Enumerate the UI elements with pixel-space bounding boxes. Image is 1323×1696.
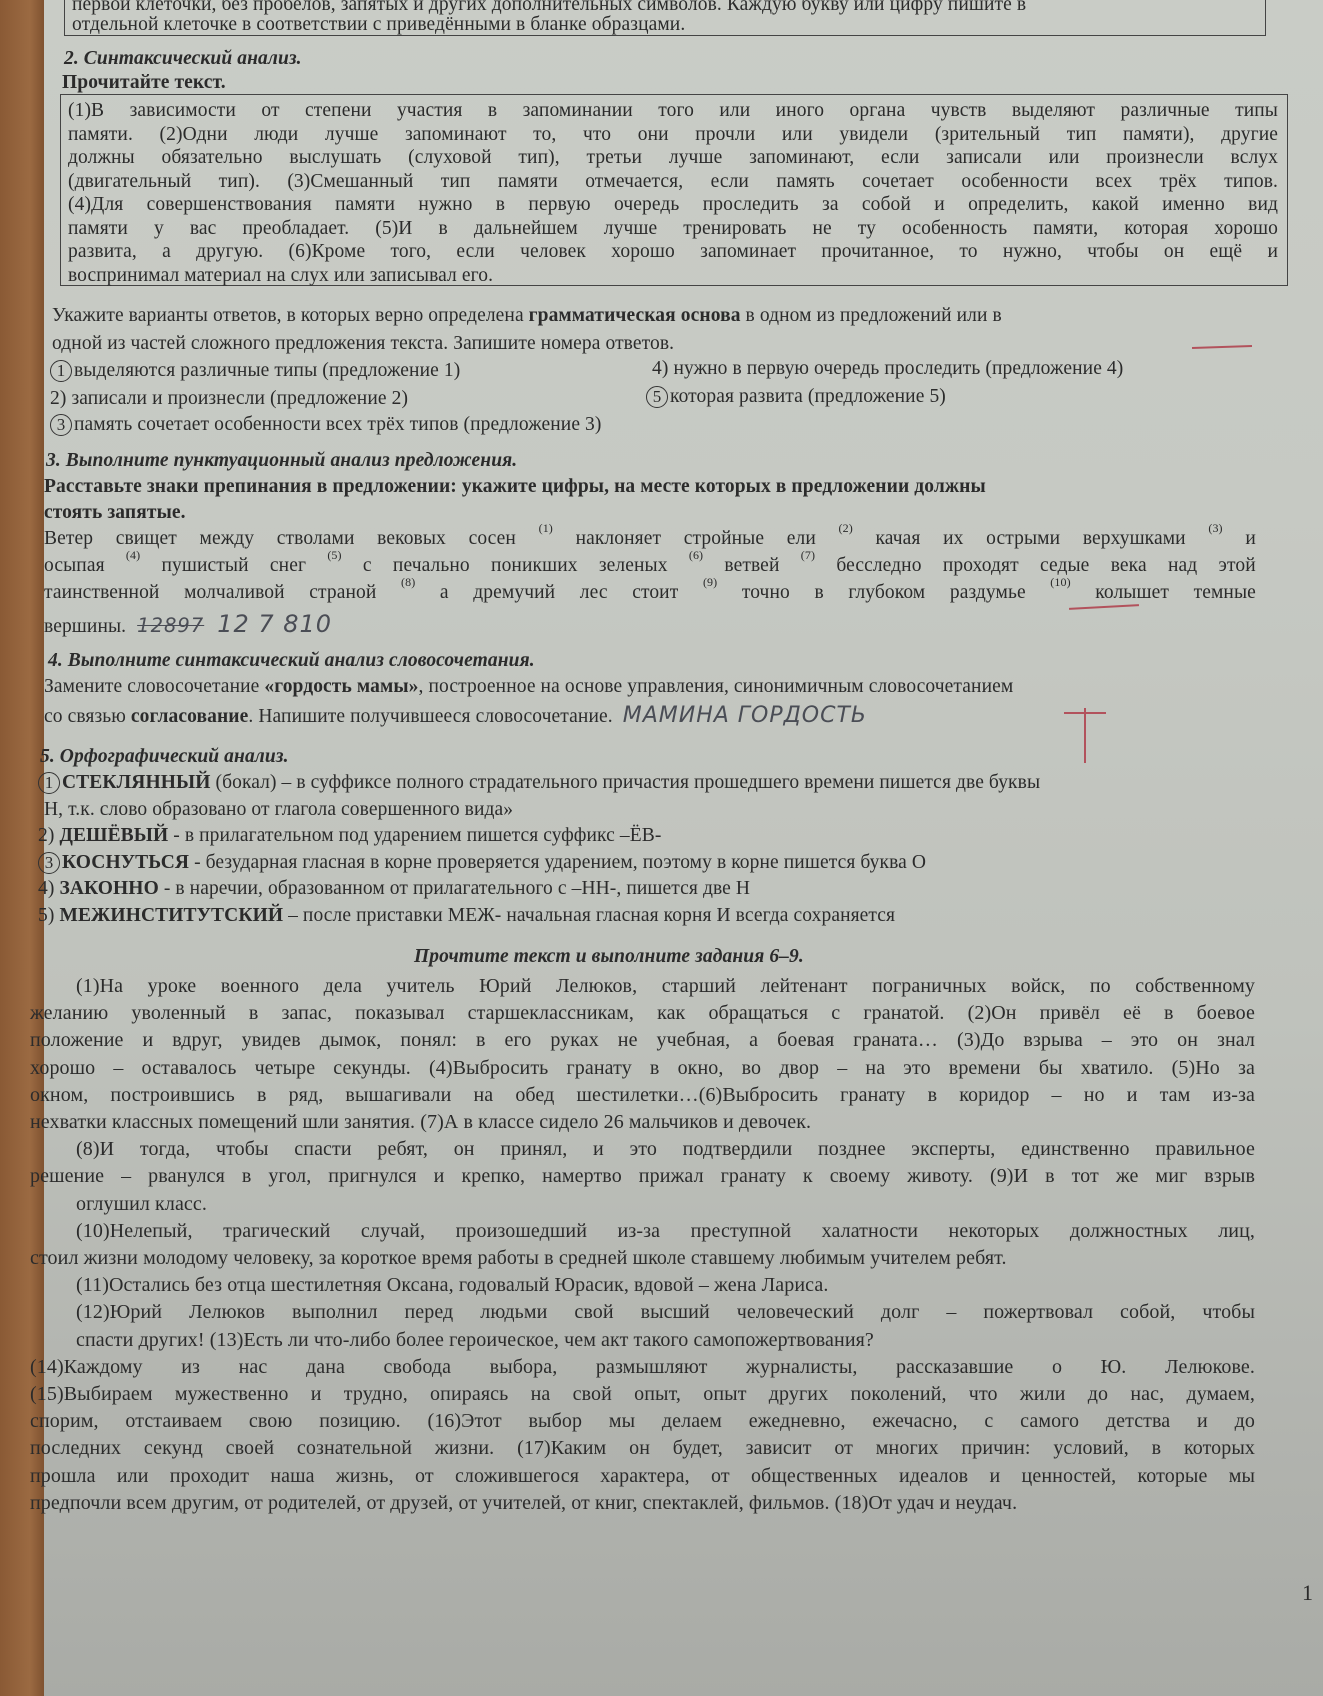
spelling-option: 5) МЕЖИНСТИТУТСКИЙ – после приставки МЕЖ… bbox=[38, 905, 895, 927]
option-explanation: - в прилагательном под ударением пишется… bbox=[168, 825, 661, 846]
task2-title: 2. Синтаксический анализ. bbox=[64, 48, 302, 70]
red-underline bbox=[1069, 604, 1139, 610]
task2-question: Укажите варианты ответов, в которых верн… bbox=[52, 305, 1002, 327]
sentence-word: века bbox=[1111, 555, 1147, 577]
task2-text-line: (4)Для совершенствования памяти нужно в … bbox=[68, 194, 1278, 216]
option-explanation: (бокал) – в суффиксе полного страдательн… bbox=[211, 772, 1041, 793]
reading-line: (10)Нелепый, трагический случай, произош… bbox=[76, 1220, 1255, 1243]
sentence-line: таинственноймолчаливойстраной(8)адремучи… bbox=[44, 582, 1256, 604]
comma-slot-number: (6) bbox=[689, 555, 703, 577]
task3-instruction-2: стоять запятые. bbox=[44, 502, 186, 524]
question-bold: грамматическая основа bbox=[529, 305, 741, 326]
page-number: 1 bbox=[1302, 1580, 1313, 1606]
sentence-word: зеленых bbox=[599, 555, 668, 577]
task4-instruction-2: со связью согласование. Напишите получив… bbox=[44, 703, 867, 728]
task5-title: 5. Орфографический анализ. bbox=[40, 746, 289, 768]
comma-slot-number: (3) bbox=[1208, 528, 1222, 550]
sentence-word: темные bbox=[1194, 582, 1256, 604]
reading-line: хорошо – оставалось четыре секунды. (4)В… bbox=[30, 1057, 1255, 1080]
reading-line: спорим, отстаиваем свою позицию. (16)Это… bbox=[30, 1410, 1255, 1433]
sentence-word: седые bbox=[1040, 555, 1089, 577]
bold-phrase: «гордость мамы» bbox=[264, 676, 418, 697]
comma-slot-number: (5) bbox=[327, 555, 341, 577]
task3-instruction: Расставьте знаки препинания в предложени… bbox=[44, 476, 986, 498]
text: со связью bbox=[44, 706, 131, 727]
task2-text-line: развита, а другую. (6)Кроме того, если ч… bbox=[68, 241, 1278, 263]
reading-line: (11)Остались без отца шестилетняя Оксана… bbox=[76, 1274, 828, 1297]
text: , построенное на основе управления, сино… bbox=[419, 676, 1014, 697]
circled-number: 1 bbox=[38, 772, 60, 794]
reading-line: спасти других! (13)Есть ли что-либо боле… bbox=[76, 1329, 874, 1352]
reading-line: предпочли всем другим, от родителей, от … bbox=[30, 1492, 1017, 1515]
sentence-word: а bbox=[440, 582, 449, 604]
comma-slot-number: (4) bbox=[126, 555, 140, 577]
sentence-word: верхушками bbox=[1083, 528, 1186, 550]
sentence-word: ветвей bbox=[724, 555, 779, 577]
sentence-word: лес bbox=[580, 582, 608, 604]
sentence-word: стоит bbox=[632, 582, 678, 604]
task2-text-line: (двигательный тип). (3)Смешанный тип пам… bbox=[68, 171, 1278, 193]
circled-number: 5 bbox=[646, 386, 668, 408]
option-explanation: – после приставки МЕЖ- начальная гласная… bbox=[283, 905, 895, 926]
task3-title: 3. Выполните пунктуационный анализ предл… bbox=[46, 450, 517, 472]
spelling-option: 2) ДЕШЁВЫЙ - в прилагательном под ударен… bbox=[38, 825, 661, 847]
spelling-option: 1СТЕКЛЯННЫЙ (бокал) – в суффиксе полного… bbox=[38, 772, 1040, 794]
option-number: 4 bbox=[38, 878, 48, 899]
task2-text-line: (1)В зависимости от степени участия в за… bbox=[68, 100, 1278, 122]
option-number: 4 bbox=[652, 358, 662, 379]
sentence-word: вековых bbox=[377, 528, 446, 550]
sentence-word: страной bbox=[309, 582, 376, 604]
sentence-word: ели bbox=[787, 528, 816, 550]
comma-slot-number: (1) bbox=[539, 528, 553, 550]
task4-title: 4. Выполните синтаксический анализ слово… bbox=[48, 650, 535, 672]
handwritten-answer: МАМИНА ГОРДОСТЬ bbox=[623, 703, 867, 728]
option-1: 1выделяются различные типы (предложение … bbox=[50, 360, 460, 382]
sentence-word: и bbox=[1245, 528, 1256, 550]
sentence-word: их bbox=[943, 528, 963, 550]
circled-number: 1 bbox=[50, 360, 72, 382]
sentence-word: бесследно bbox=[836, 555, 921, 577]
sentence-word: Ветер bbox=[44, 528, 93, 550]
sentence-word: между bbox=[200, 528, 255, 550]
option-text: которая развита (предложение 5) bbox=[670, 386, 946, 407]
sentence-word: свищет bbox=[116, 528, 177, 550]
grade-plus-mark bbox=[1064, 712, 1106, 714]
sentence-word: в bbox=[814, 582, 823, 604]
sentence-word: сосен bbox=[469, 528, 516, 550]
option-number: 2 bbox=[38, 825, 48, 846]
reading-line: стоил жизни молодому человеку, за коротк… bbox=[30, 1247, 1007, 1270]
comma-slot-number: (2) bbox=[839, 528, 853, 550]
bold-phrase: согласование bbox=[131, 706, 249, 727]
instruction-line: отдельной клеточке в соответствии с прив… bbox=[72, 14, 685, 36]
question-text: в одном из предложений или в bbox=[741, 305, 1002, 326]
sentence-word: точно bbox=[742, 582, 790, 604]
task2-text-line: воспринимал материал на слух или записыв… bbox=[68, 265, 493, 287]
task2-text-line: должны обязательно выслушать (слуховой т… bbox=[68, 147, 1278, 169]
sentence-word: с bbox=[363, 555, 372, 577]
option-explanation: Н, т.к. слово образовано от глагола сове… bbox=[44, 799, 513, 820]
comma-slot-number: (7) bbox=[801, 555, 815, 577]
exam-page: первой клеточки, без пробелов, запятых и… bbox=[44, 0, 1323, 1696]
reading-title: Прочтите текст и выполните задания 6–9. bbox=[414, 946, 804, 968]
sentence-word: стволами bbox=[277, 528, 355, 550]
reading-line: решение – рванулся в угол, пригнулся и к… bbox=[30, 1165, 1255, 1188]
spelling-option: 3КОСНУТЬСЯ - безударная гласная в корне … bbox=[38, 852, 926, 874]
task2-subtitle: Прочитайте текст. bbox=[62, 72, 226, 94]
sentence-word: печально bbox=[393, 555, 470, 577]
reading-line: желанию уволенный в запас, показывал ста… bbox=[30, 1002, 1255, 1025]
sentence-word: дремучий bbox=[473, 582, 555, 604]
sentence-word: пушистый bbox=[161, 555, 248, 577]
task4-instruction: Замените словосочетание «гордость мамы»,… bbox=[44, 676, 1013, 698]
reading-line: оглушил класс. bbox=[76, 1193, 207, 1216]
question-text: Укажите варианты ответов, в которых верн… bbox=[52, 305, 529, 326]
task2-text-line: памяти. (2)Одни люди лучше запоминают то… bbox=[68, 124, 1278, 146]
sentence-word: молчаливой bbox=[184, 582, 285, 604]
option-number: 5 bbox=[38, 905, 48, 926]
sentence-word: раздумье bbox=[950, 582, 1026, 604]
option-2: 2) записали и произнесли (предложение 2) bbox=[50, 388, 408, 410]
circled-number: 3 bbox=[50, 414, 72, 436]
task2-text-line: памяти у вас преобладает. (5)И в дальней… bbox=[68, 218, 1278, 240]
reading-line: окном, построившись в ряд, вышагивали на… bbox=[30, 1084, 1255, 1107]
option-word: ЗАКОННО bbox=[59, 878, 158, 899]
text: Замените словосочетание bbox=[44, 676, 264, 697]
sentence-word: поникших bbox=[491, 555, 578, 577]
option-text: память сочетает особенности всех трёх ти… bbox=[74, 414, 602, 435]
sentence-word: над bbox=[1168, 555, 1197, 577]
option-3: 3память сочетает особенности всех трёх т… bbox=[50, 414, 602, 436]
reading-line: положение и вдруг, увидев дымок, понял: … bbox=[30, 1029, 1255, 1052]
red-pen-mark bbox=[1192, 345, 1252, 349]
option-5: 5которая развита (предложение 5) bbox=[646, 386, 946, 408]
reading-line: (14)Каждому из нас дана свобода выбора, … bbox=[30, 1356, 1255, 1379]
option-explanation: - безударная гласная в корне проверяется… bbox=[189, 852, 926, 873]
option-text: нужно в первую очередь проследить (предл… bbox=[673, 358, 1123, 379]
spelling-option: Н, т.к. слово образовано от глагола сове… bbox=[44, 799, 513, 821]
spelling-option: 4) ЗАКОННО - в наречии, образованном от … bbox=[38, 878, 750, 900]
sentence-end: вершины. 12897 12 7 810 bbox=[44, 610, 332, 638]
reading-line: последних секунд своей сознательной жизн… bbox=[30, 1437, 1255, 1460]
reading-line: (1)На уроке военного дела учитель Юрий Л… bbox=[76, 975, 1255, 998]
text: . Напишите получившееся словосочетание. bbox=[248, 706, 612, 727]
comma-slot-number: (10) bbox=[1050, 582, 1070, 604]
sentence-word: глубоком bbox=[848, 582, 925, 604]
sentence-word: стройные bbox=[684, 528, 764, 550]
handwritten-answer: 12 7 810 bbox=[217, 610, 332, 638]
option-text: выделяются различные типы (предложение 1… bbox=[74, 360, 460, 381]
reading-line: прошла или проходит наша жизнь, от сложи… bbox=[30, 1465, 1255, 1488]
option-word: МЕЖИНСТИТУТСКИЙ bbox=[59, 905, 283, 926]
sentence-word: снег bbox=[270, 555, 306, 577]
option-text: записали и произнесли (предложение 2) bbox=[71, 388, 408, 409]
circled-number: 3 bbox=[38, 852, 60, 874]
option-4: 4) нужно в первую очередь проследить (пр… bbox=[652, 358, 1123, 380]
reading-line: нехватки классных помещений шли занятия.… bbox=[30, 1111, 811, 1134]
reading-line: (15)Выбираем мужественно и трудно, опира… bbox=[30, 1383, 1255, 1406]
reading-line: (12)Юрий Лелюков выполнил перед людьми с… bbox=[76, 1301, 1255, 1324]
sentence-line: осыпая(4)пушистыйснег(5)спечальнопоникши… bbox=[44, 555, 1256, 577]
sentence-word: таинственной bbox=[44, 582, 159, 604]
sentence-word: острыми bbox=[986, 528, 1060, 550]
option-word: ДЕШЁВЫЙ bbox=[59, 825, 168, 846]
sentence-word: осыпая bbox=[44, 555, 105, 577]
comma-slot-number: (8) bbox=[401, 582, 415, 604]
task2-question-2: одной из частей сложного предложения тек… bbox=[52, 333, 674, 355]
option-word: СТЕКЛЯННЫЙ bbox=[62, 772, 211, 793]
grade-plus-mark bbox=[1084, 708, 1086, 763]
sentence-word: этой bbox=[1219, 555, 1256, 577]
sentence-line: Ветерсвищетмеждустволамивековыхсосен(1)н… bbox=[44, 528, 1256, 550]
sentence-word: качая bbox=[875, 528, 920, 550]
option-number: 2 bbox=[50, 388, 60, 409]
comma-slot-number: (9) bbox=[703, 582, 717, 604]
option-word: КОСНУТЬСЯ bbox=[62, 852, 189, 873]
sentence-word: наклоняет bbox=[576, 528, 662, 550]
option-explanation: - в наречии, образованном от прилагатель… bbox=[159, 878, 750, 899]
sentence-text: вершины. bbox=[44, 616, 126, 637]
sentence-word: колышет bbox=[1095, 582, 1169, 604]
handwritten-crossed-answer: 12897 bbox=[137, 614, 204, 637]
reading-line: (8)И тогда, чтобы спасти ребят, он приня… bbox=[76, 1138, 1255, 1161]
sentence-word: проходят bbox=[943, 555, 1019, 577]
